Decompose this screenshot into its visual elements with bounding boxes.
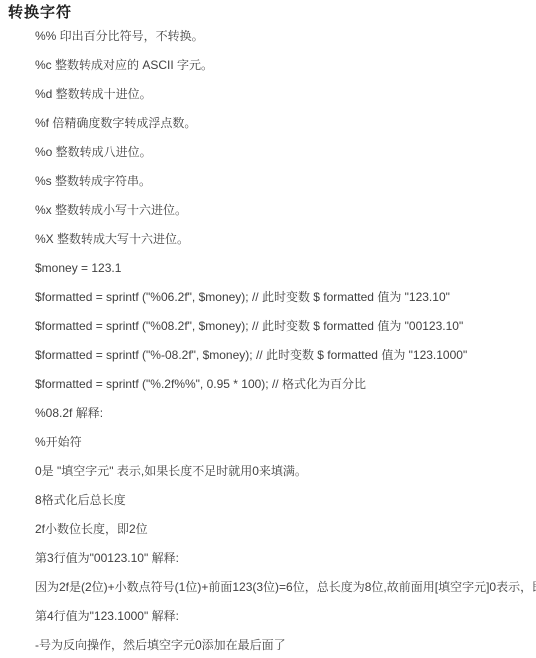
page-title: 转换字符 [8,4,536,22]
text-line-explain-percent: %开始符 [0,428,536,457]
text-line-format-upper-x: %X 整数转成大写十六进位。 [0,225,536,254]
text-line-row3-detail: 因为2f是(2位)+小数点符号(1位)+前面123(3位)=6位，总长度为8位,… [0,573,536,602]
text-line-row4-detail: -号为反向操作，然后填空字元0添加在最后面了 [0,631,536,658]
text-line-format-o: %o 整数转成八进位。 [0,138,536,167]
document: 转换字符 %% 印出百分比符号，不转换。 %c 整数转成对应的 ASCII 字元… [0,0,536,658]
text-line-format-s: %s 整数转成字符串。 [0,167,536,196]
text-line-money-var: $money = 123.1 [0,254,536,283]
text-line-explain-2f: 2f小数位长度，即2位 [0,515,536,544]
text-line-explain-eight: 8格式化后总长度 [0,486,536,515]
text-line-sprintf-example-1: $formatted = sprintf ("%06.2f", $money);… [0,283,536,312]
text-line-explain-header: %08.2f 解释: [0,399,536,428]
text-line-row4-header: 第4行值为"123.1000" 解释: [0,602,536,631]
text-line-sprintf-example-2: $formatted = sprintf ("%08.2f", $money);… [0,312,536,341]
text-line-format-x: %x 整数转成小写十六进位。 [0,196,536,225]
text-line-format-f: %f 倍精确度数字转成浮点数。 [0,109,536,138]
text-line-format-percent: %% 印出百分比符号，不转换。 [0,22,536,51]
text-line-explain-zero: 0是 "填空字元" 表示,如果长度不足时就用0来填满。 [0,457,536,486]
text-line-row3-header: 第3行值为"00123.10" 解释: [0,544,536,573]
text-line-sprintf-example-3: $formatted = sprintf ("%-08.2f", $money)… [0,341,536,370]
text-line-format-c: %c 整数转成对应的 ASCII 字元。 [0,51,536,80]
text-line-sprintf-example-4: $formatted = sprintf ("%.2f%%", 0.95 * 1… [0,370,536,399]
text-line-format-d: %d 整数转成十进位。 [0,80,536,109]
